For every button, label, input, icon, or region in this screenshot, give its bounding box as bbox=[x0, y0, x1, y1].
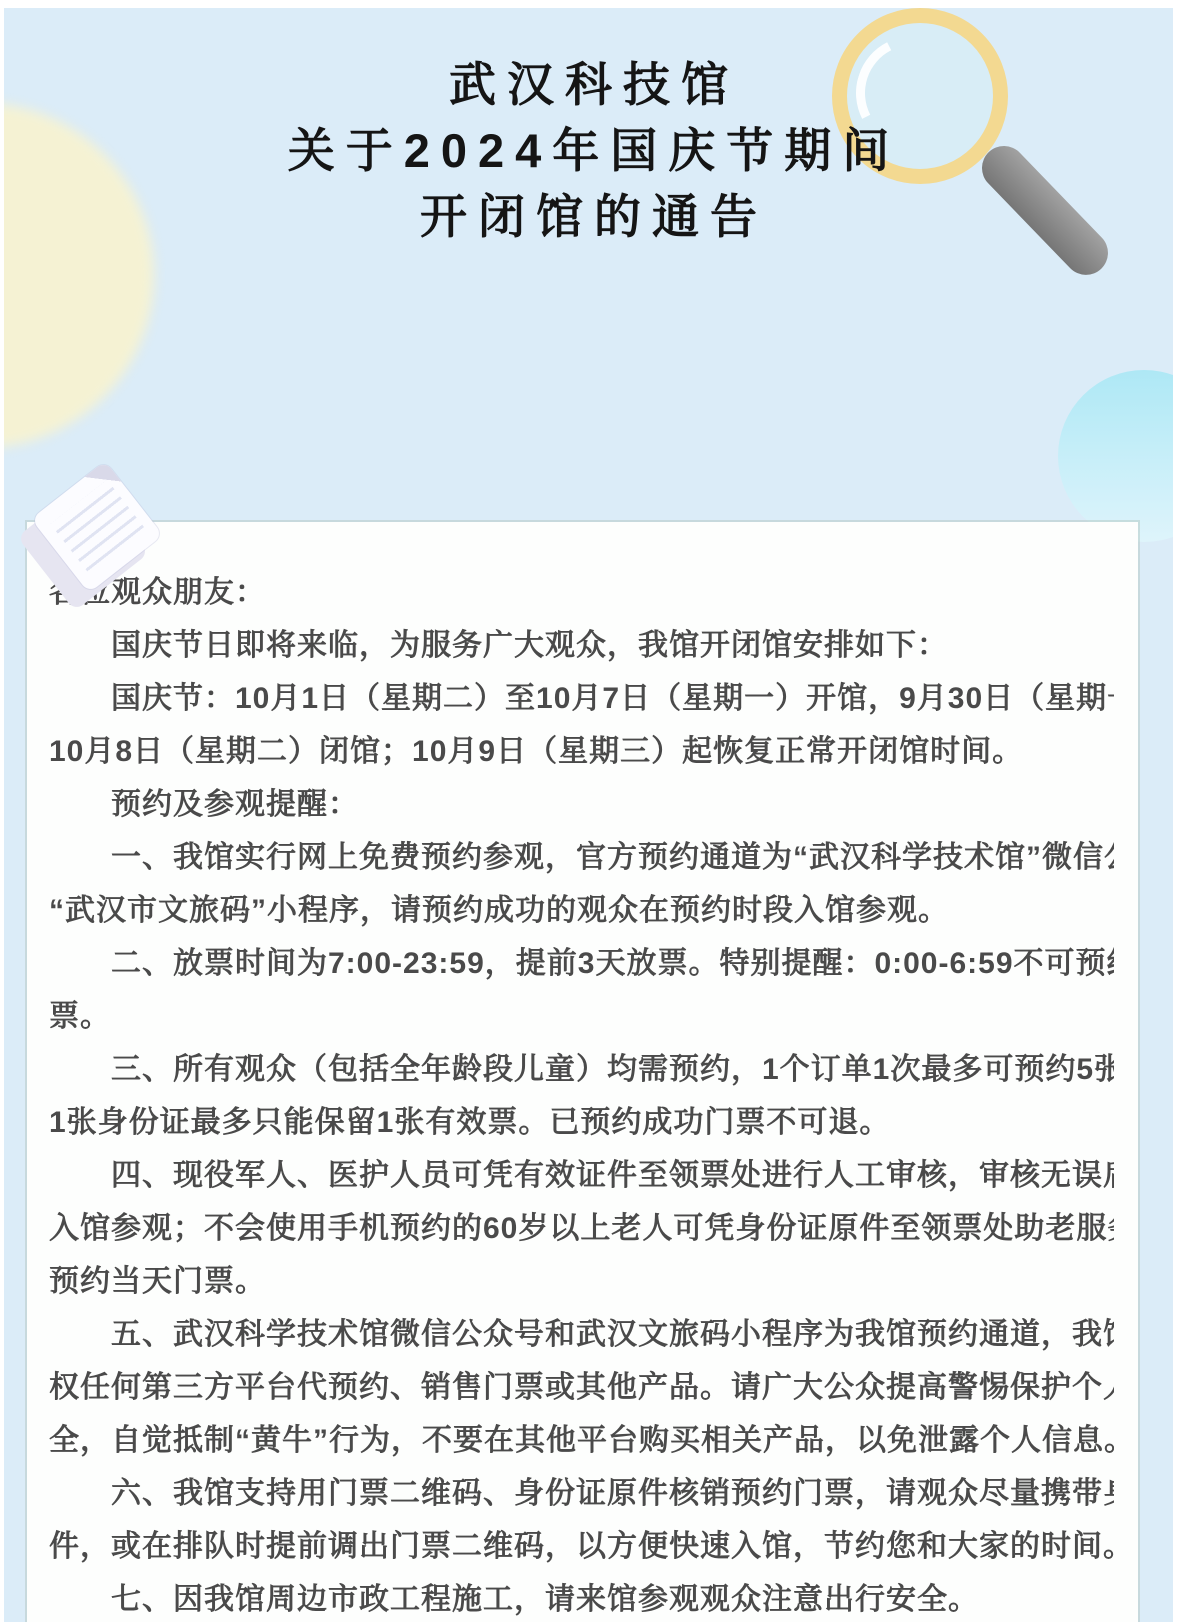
notice-line: 1张身份证最多只能保留1张有效票。已预约成功门票不可退。 bbox=[49, 1096, 1114, 1149]
notice-line: “武汉市文旅码”小程序，请预约成功的观众在预约时段入馆参观。 bbox=[49, 884, 1114, 937]
notice-line: 六、我馆支持用门票二维码、身份证原件核销预约门票，请观众尽量携带身份证原 bbox=[49, 1467, 1114, 1520]
notice-line: 四、现役军人、医护人员可凭有效证件至领票处进行人工审核，审核无误后可当日 bbox=[49, 1149, 1114, 1202]
notice-line: 七、因我馆周边市政工程施工，请来馆参观观众注意出行安全。 bbox=[49, 1573, 1114, 1622]
notice-line: 入馆参观；不会使用手机预约的60岁以上老人可凭身份证原件至领票处助老服务岗现场 bbox=[49, 1202, 1114, 1255]
cyan-circle-decoration bbox=[1058, 370, 1173, 542]
notice-line: 全，自觉抵制“黄牛”行为，不要在其他平台购买相关产品，以免泄露个人信息。 bbox=[49, 1414, 1114, 1467]
background-panel: 武汉科技馆 关于2024年国庆节期间 开闭馆的通告 各位观众朋友：国庆节日即将来… bbox=[4, 8, 1173, 1622]
notice-body: 各位观众朋友：国庆节日即将来临，为服务广大观众，我馆开闭馆安排如下：国庆节：10… bbox=[27, 522, 1138, 1622]
notice-line: 权任何第三方平台代预约、销售门票或其他产品。请广大公众提高警惕保护个人信息安 bbox=[49, 1361, 1114, 1414]
notice-line: 预约及参观提醒： bbox=[49, 778, 1114, 831]
notice-line: 二、放票时间为7:00-23:59，提前3天放票。特别提醒：0:00-6:59不… bbox=[49, 937, 1114, 990]
title-line-3: 开闭馆的通告 bbox=[4, 184, 1173, 250]
notice-line: 预约当天门票。 bbox=[49, 1255, 1114, 1308]
notice-line: 五、武汉科学技术馆微信公众号和武汉文旅码小程序为我馆预约通道，我馆从未授 bbox=[49, 1308, 1114, 1361]
title-line-1: 武汉科技馆 bbox=[4, 52, 1173, 118]
notice-line: 10月8日（星期二）闭馆；10月9日（星期三）起恢复正常开闭馆时间。 bbox=[49, 725, 1114, 778]
notice-line: 件，或在排队时提前调出门票二维码，以方便快速入馆，节约您和大家的时间。 bbox=[49, 1520, 1114, 1573]
page-title: 武汉科技馆 关于2024年国庆节期间 开闭馆的通告 bbox=[4, 52, 1173, 250]
notice-page: 武汉科技馆 关于2024年国庆节期间 开闭馆的通告 各位观众朋友：国庆节日即将来… bbox=[0, 0, 1200, 1622]
paper-icon bbox=[30, 476, 180, 601]
notice-line: 一、我馆实行网上免费预约参观，官方预约通道为“武汉科学技术馆”微信公众号或 bbox=[49, 831, 1114, 884]
notice-line: 国庆节：10月1日（星期二）至10月7日（星期一）开馆，9月30日（星期一）、 bbox=[49, 672, 1114, 725]
notice-line: 三、所有观众（包括全年龄段儿童）均需预约，1个订单1次最多可预约5张门票， bbox=[49, 1043, 1114, 1096]
notice-line: 国庆节日即将来临，为服务广大观众，我馆开闭馆安排如下： bbox=[49, 619, 1114, 672]
title-line-2: 关于2024年国庆节期间 bbox=[4, 118, 1173, 184]
notice-card: 各位观众朋友：国庆节日即将来临，为服务广大观众，我馆开闭馆安排如下：国庆节：10… bbox=[27, 522, 1138, 1622]
notice-line: 各位观众朋友： bbox=[49, 566, 1114, 619]
notice-line: 票。 bbox=[49, 990, 1114, 1043]
